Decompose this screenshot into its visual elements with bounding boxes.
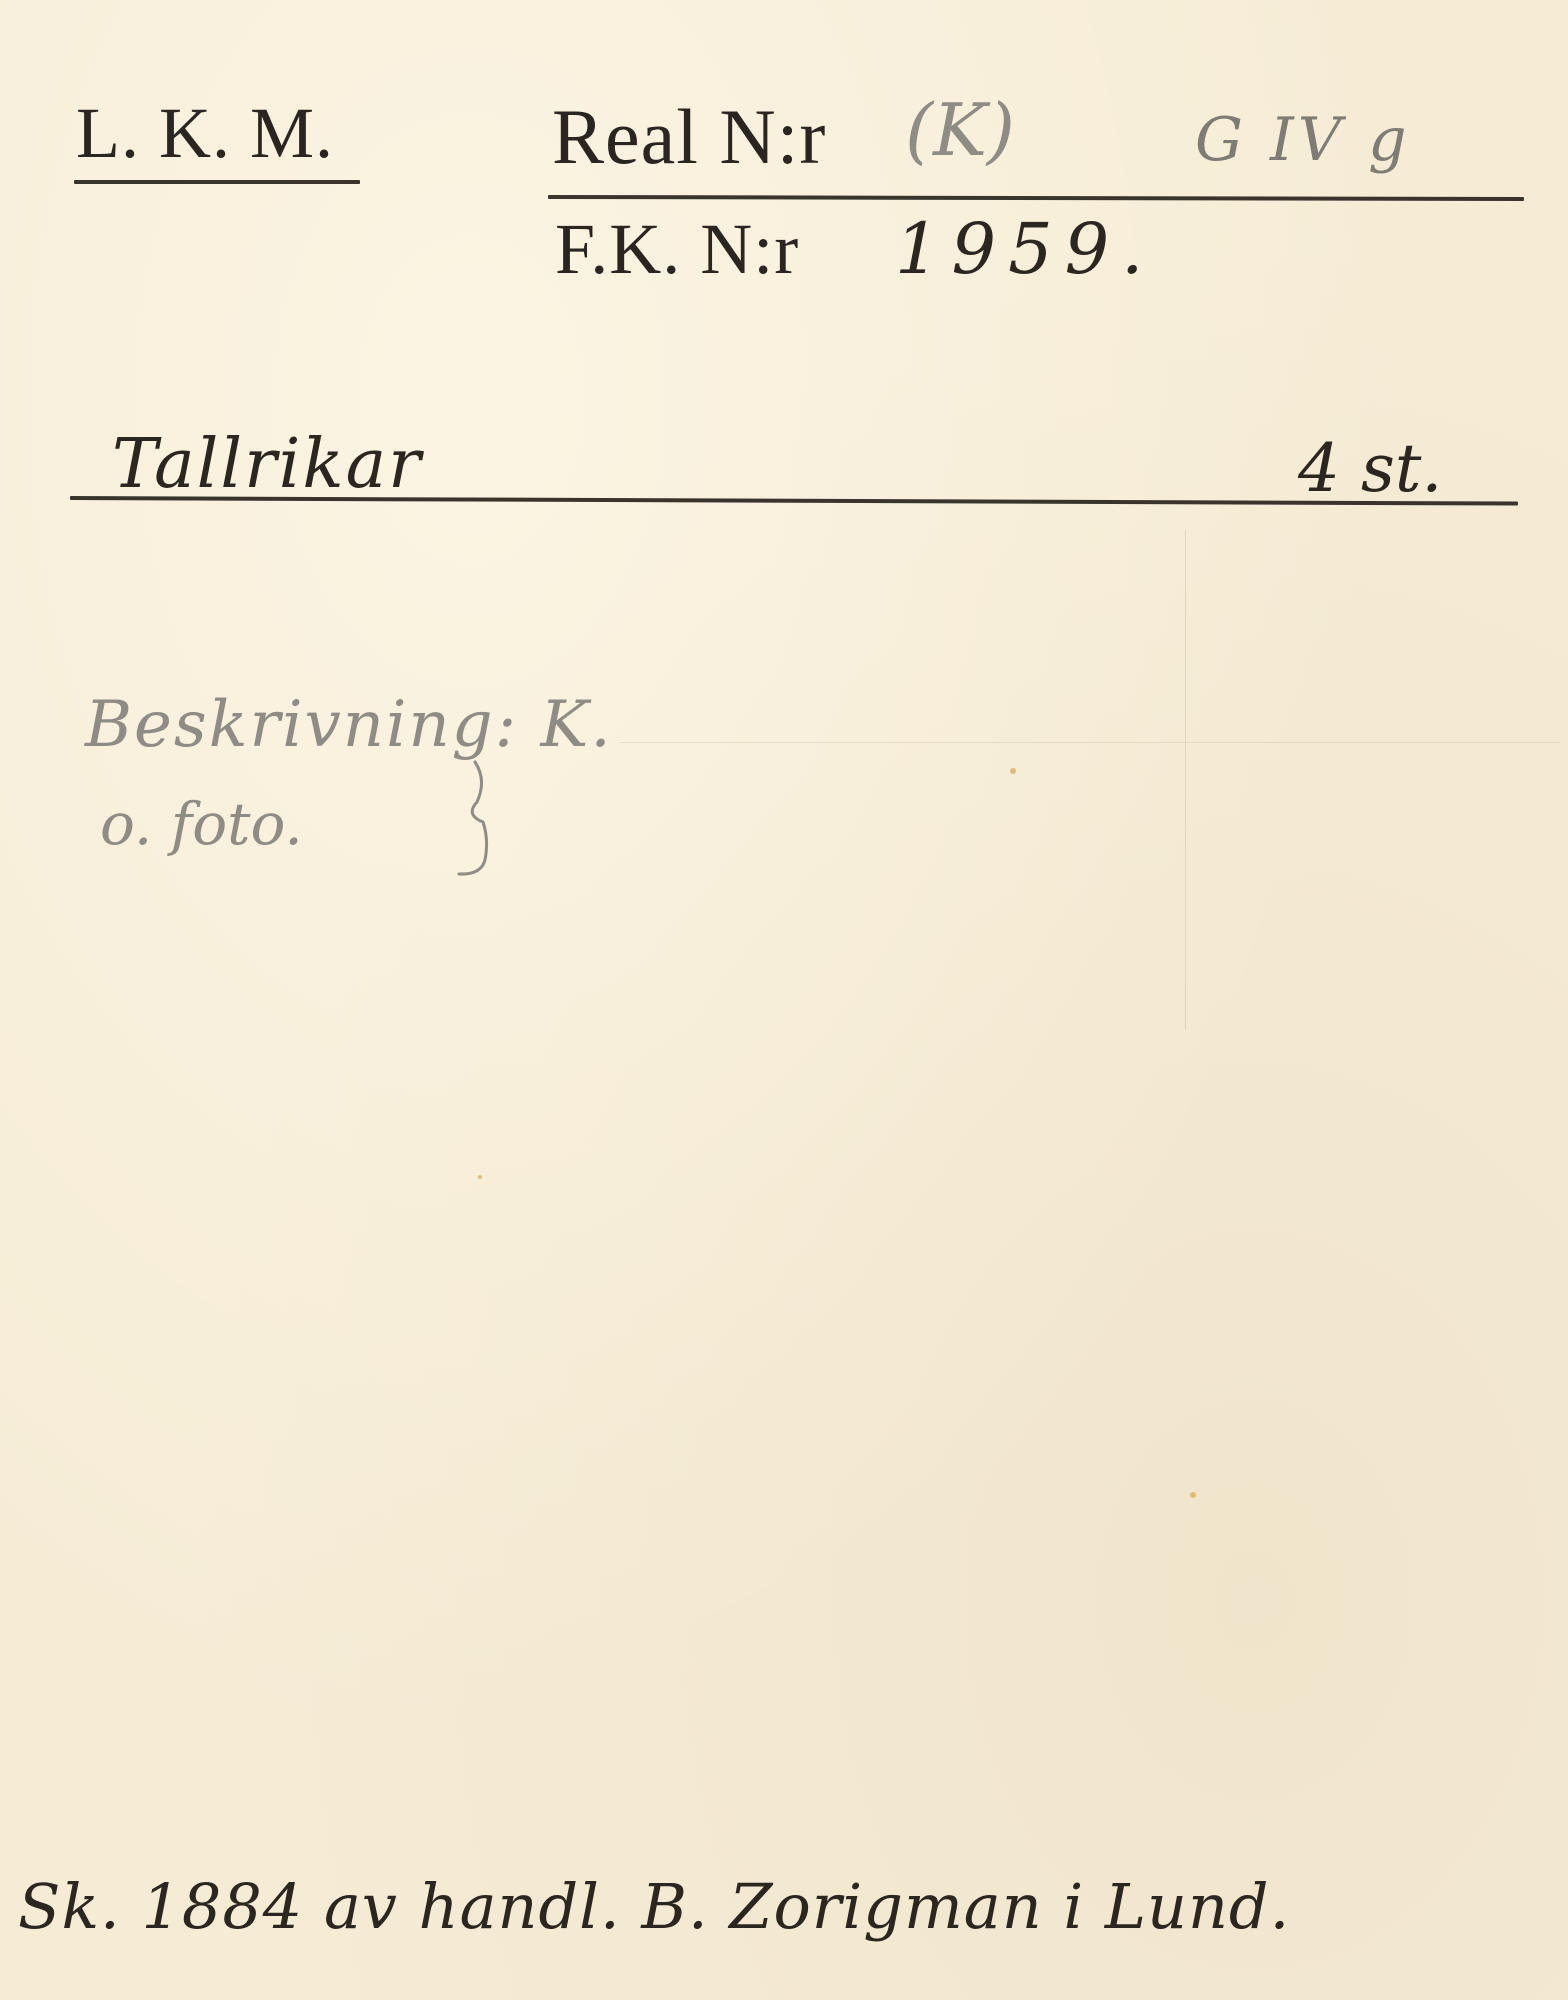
brace-mark	[455, 760, 515, 880]
real-nr-label: Real N:r	[552, 92, 826, 182]
paper-stain	[1190, 1492, 1196, 1498]
fk-nr-label: F.K. N:r	[555, 208, 799, 291]
paper-stain	[1010, 768, 1016, 774]
object-name: Tallrikar	[112, 425, 423, 504]
real-nr-value: (K)	[905, 88, 1015, 172]
description-line-2: o. foto.	[100, 790, 303, 858]
paper-crease	[1185, 530, 1186, 1030]
institution-label: L. K. M.	[76, 92, 334, 175]
quantity: 4 st.	[1298, 430, 1442, 507]
paper-crease	[620, 742, 1560, 743]
acquisition-note: Sk. 1884 av handl. B. Zorigman i Lund.	[18, 1870, 1290, 1943]
classification-code: G IV g	[1195, 105, 1411, 175]
paper-stain	[478, 1175, 482, 1179]
fk-nr-value: 1959.	[895, 208, 1155, 290]
catalog-card: L. K. M. Real N:r (K) G IV g F.K. N:r 19…	[0, 0, 1568, 2000]
description-line-1: Beskrivning: K.	[85, 688, 613, 762]
header-divider	[548, 195, 1524, 201]
institution-underline	[74, 180, 360, 184]
